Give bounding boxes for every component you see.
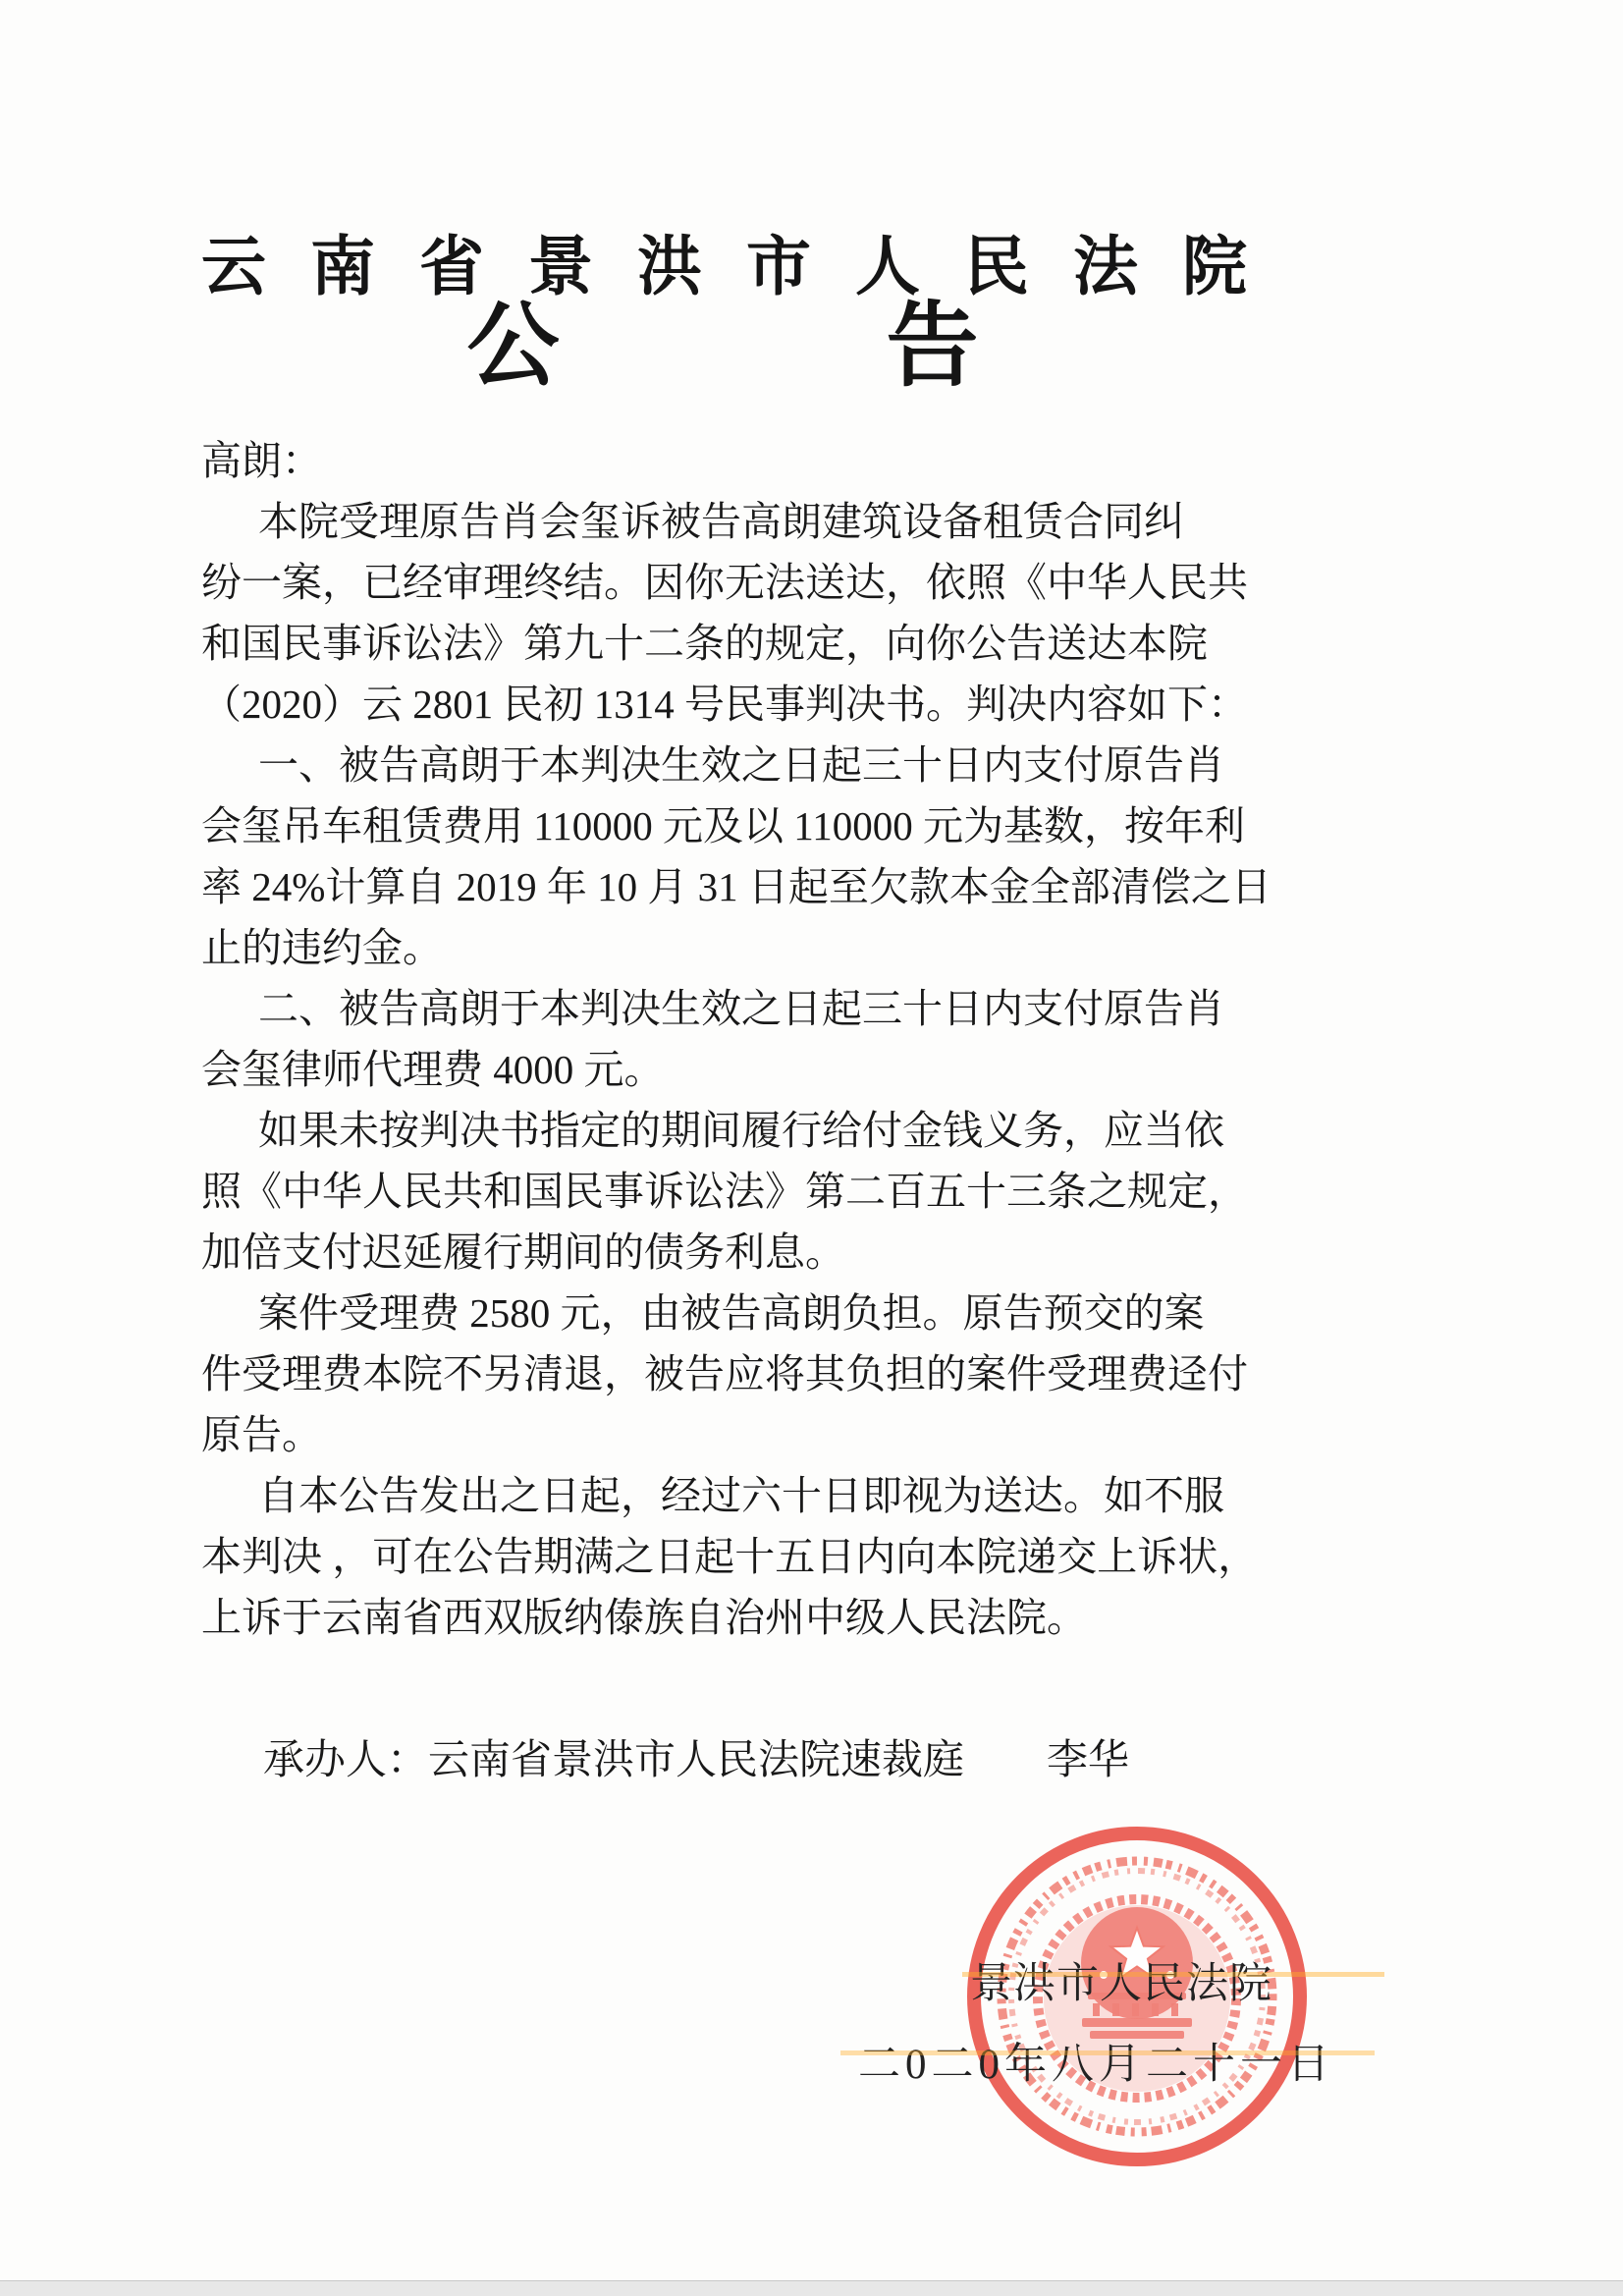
document-line: 和国民事诉讼法》第九十二条的规定，向你公告送达本院: [201, 613, 1311, 674]
document-line: 本判决 ，可在公告期满之日起十五日内向本院递交上诉状，: [201, 1526, 1311, 1587]
document-line: 二、被告高朗于本判决生效之日起三十日内支付原告肖: [201, 978, 1311, 1039]
court-notice-page: 云南省景洪市人民法院 公 告 高朗：本院受理原告肖会玺诉被告高朗建筑设备租赁合同…: [0, 0, 1623, 2296]
notice-title: 公 告: [201, 295, 1244, 396]
document-line: 率 24%计算自 2019 年 10 月 31 日起至欠款本金全部清偿之日: [201, 856, 1311, 917]
court-name-title: 云南省景洪市人民法院: [201, 214, 1244, 307]
notice-title-char-1: 公: [466, 295, 559, 396]
page-bottom-edge: [0, 2280, 1623, 2296]
document-line: 照《中华人民共和国民事诉讼法》第二百五十三条之规定，: [201, 1161, 1311, 1222]
body-lines: 高朗：本院受理原告肖会玺诉被告高朗建筑设备租赁合同纠纷一案，已经审理终结。因你无…: [201, 430, 1311, 1648]
notice-title-char-2: 告: [887, 295, 979, 396]
document-line: 件受理费本院不另清退，被告应将其负担的案件受理费迳付: [201, 1343, 1311, 1404]
document-line: 加倍支付迟延履行期间的债务利息。: [201, 1222, 1311, 1283]
document-line: 案件受理费 2580 元，由被告高朗负担。原告预交的案: [201, 1283, 1311, 1343]
document-line: 纷一案，已经审理终结。因你无法送达，依照《中华人民共: [201, 552, 1311, 613]
document-line: 会玺律师代理费 4000 元。: [201, 1039, 1311, 1100]
document-line: （2020）云 2801 民初 1314 号民事判决书。判决内容如下：: [201, 674, 1311, 735]
document-line: 上诉于云南省西双版纳傣族自治州中级人民法院。: [201, 1587, 1311, 1648]
document-line: 一、被告高朗于本判决生效之日起三十日内支付原告肖: [201, 735, 1311, 795]
document-line: 止的违约金。: [201, 917, 1311, 978]
seal-court-name: 景洪市人民法院: [970, 1950, 1272, 2010]
document-line: 高朗：: [201, 430, 1311, 491]
seal-date: 二0二0年八月二十一日: [858, 2031, 1334, 2091]
document-line: 会玺吊车租赁费用 110000 元及以 110000 元为基数，按年利: [201, 795, 1311, 856]
document-line: 原告。: [201, 1404, 1311, 1465]
document-line: 自本公告发出之日起，经过六十日即视为送达。如不服: [201, 1465, 1311, 1526]
document-line: 如果未按判决书指定的期间履行给付金钱义务，应当依: [201, 1100, 1311, 1161]
handler-line: 承办人：云南省景洪市人民法院速裁庭 李华: [263, 1730, 1129, 1791]
document-line: 本院受理原告肖会玺诉被告高朗建筑设备租赁合同纠: [201, 491, 1311, 552]
